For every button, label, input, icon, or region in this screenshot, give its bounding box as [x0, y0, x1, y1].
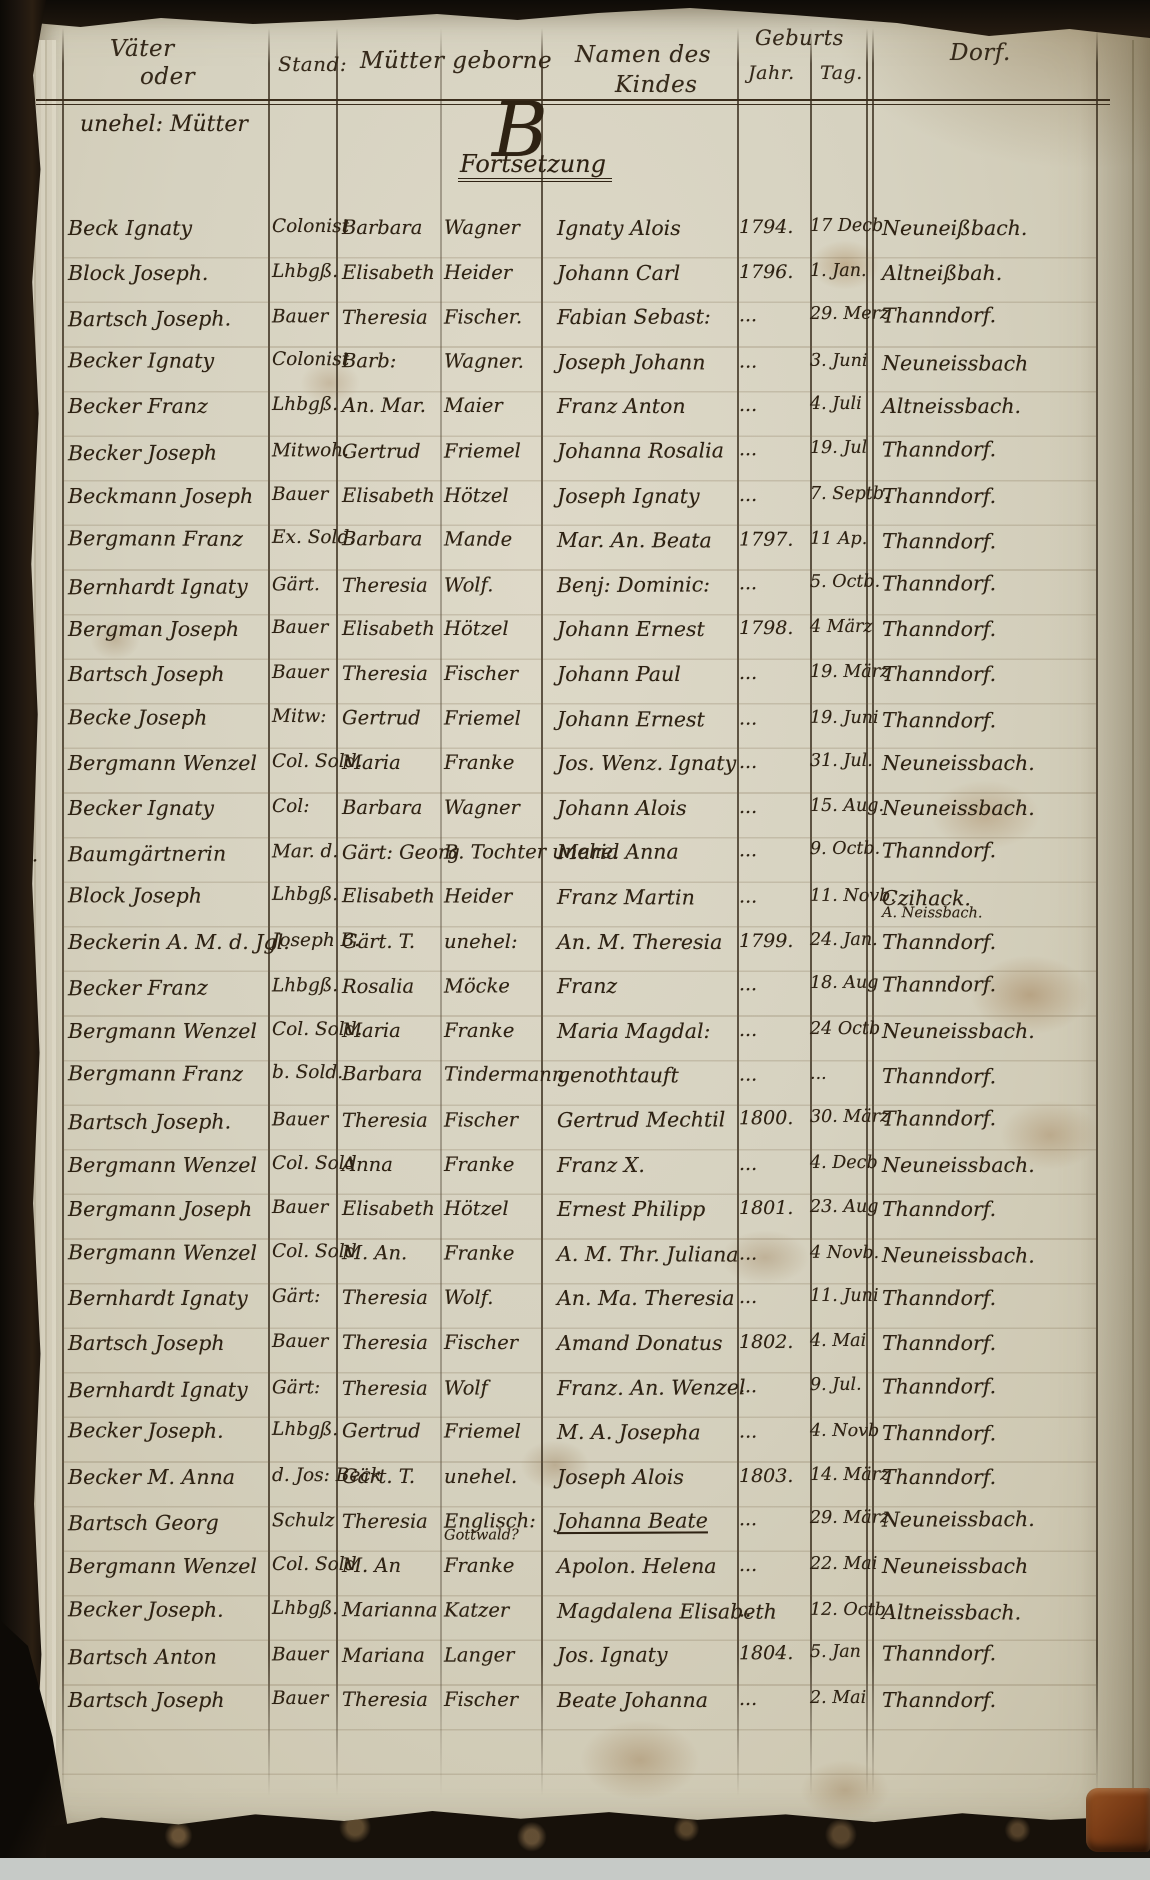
- mother-given-name: Elisabeth: [336, 619, 440, 639]
- birth-day: 19. März: [810, 664, 866, 682]
- column-header-father: Väter: [110, 36, 175, 62]
- mother-maiden-name-text: Franke: [444, 1019, 514, 1042]
- child-name: Joseph Johann: [541, 352, 737, 374]
- father-occupation: Bauer: [268, 1646, 336, 1665]
- village-text: Altneißbah.: [882, 261, 1002, 285]
- father-occupation: Col. Sold.: [268, 1021, 336, 1040]
- table-row: Bergmann Franz b. Sold. Barbara Tinderma…: [62, 1064, 1096, 1112]
- mother-given-name: Gärt. T.: [336, 1467, 440, 1487]
- village-text: Neuneissbach: [882, 351, 1028, 376]
- child-name: Ernest Philipp: [541, 1199, 737, 1220]
- village: Thanndorf.: [866, 531, 1096, 553]
- mother-given-name: Gärt: Georg: [336, 843, 440, 863]
- mother-maiden-name: Fischer: [440, 1110, 541, 1130]
- table-row: Block Joseph Lhbgß. Elisabeth Heider Fra…: [62, 885, 1096, 933]
- birth-day: 4 Novb.: [810, 1245, 866, 1263]
- father-occupation: Lhbgß.: [268, 1421, 336, 1440]
- mother-given-name: Rosalia: [336, 977, 440, 997]
- father-name: Becker Ignaty: [62, 350, 268, 372]
- father-name: Beckmann Joseph: [62, 486, 268, 507]
- column-header-day: Tag.: [820, 62, 863, 84]
- village: Thanndorf.: [866, 619, 1096, 640]
- table-row: Bergmann Wenzel Col. Sold M. An Franke A…: [62, 1556, 1096, 1600]
- mother-maiden-name-text: Wagner: [444, 796, 520, 819]
- father-name: Block Joseph.: [62, 263, 268, 284]
- village: Altneissbach.: [866, 396, 1096, 417]
- table-row: Bartsch Joseph. Bauer Theresia Fischer. …: [62, 305, 1096, 354]
- child-name: A. M. Thr. Juliana: [541, 1244, 737, 1266]
- mother-maiden-name-text: Wagner.: [444, 349, 524, 372]
- mother-maiden-name-text: Heider: [444, 261, 512, 284]
- child-name: Amand Donatus: [541, 1333, 737, 1354]
- village-text: Thanndorf.: [882, 1064, 996, 1088]
- father-name: Bergmann Wenzel: [62, 753, 268, 774]
- mother-maiden-name: Wolf.: [440, 1288, 541, 1308]
- mother-maiden-name-text: Fischer: [444, 1108, 518, 1131]
- birth-year: ...: [737, 709, 810, 729]
- mother-given-name: Theresia: [336, 1690, 440, 1710]
- father-occupation: Col. Sold: [268, 1243, 336, 1262]
- mother-maiden-name: Fischer.: [440, 307, 541, 327]
- village: Thanndorf.: [866, 1643, 1096, 1665]
- mother-given-name: M. An: [336, 1556, 440, 1576]
- table-row: Bergmann Joseph Bauer Elisabeth Hötzel E…: [62, 1199, 1096, 1243]
- village-text: Neuneissbach.: [882, 796, 1035, 820]
- mother-given-name: Elisabeth: [336, 263, 440, 283]
- village-text: Neuneissbach.: [882, 1507, 1035, 1532]
- mother-maiden-name: unehel.: [440, 1467, 541, 1487]
- child-name: M. A. Josepha: [541, 1422, 737, 1444]
- child-name: Gertrud Mechtil: [541, 1109, 737, 1131]
- village: Neuneissbach.: [866, 1155, 1096, 1176]
- table-row: Becker Joseph Mitwoh. Gertrud Friemel Jo…: [62, 439, 1096, 488]
- village: Neuneissbach: [866, 1556, 1096, 1577]
- father-occupation: Col. Sold: [268, 1155, 336, 1174]
- father-name: Becker M. Anna: [62, 1467, 268, 1488]
- mother-given-name: Elisabeth: [336, 886, 440, 906]
- village: Thanndorf.: [866, 840, 1096, 862]
- table-row: Bartsch Joseph Bauer Theresia Fischer Am…: [62, 1333, 1096, 1377]
- village: Thanndorf.: [866, 974, 1096, 996]
- mother-maiden-name-text: Friemel: [444, 706, 521, 729]
- village: Thanndorf.: [866, 932, 1096, 953]
- child-name: Johann Ernest: [541, 619, 737, 640]
- mother-given-name: Theresia: [336, 575, 440, 595]
- child-name: Jos. Ignaty: [541, 1644, 737, 1666]
- village: Thanndorf.: [866, 305, 1096, 327]
- village: Thanndorf.: [866, 573, 1096, 595]
- mother-maiden-name: Fischer: [440, 1333, 541, 1353]
- mother-given-name: Elisabeth: [336, 1199, 440, 1219]
- table-row: Bergmann Wenzel Col. Sold M. An. Franke …: [62, 1242, 1096, 1290]
- column-header-village: Dorf.: [950, 40, 1011, 66]
- birth-year: 1798.: [737, 619, 810, 638]
- birth-year: 1797.: [737, 531, 810, 551]
- column-header-child2: Kindes: [615, 72, 698, 98]
- mother-maiden-name-text: Fischer.: [444, 305, 522, 328]
- father-occupation: Lhbgß.: [268, 263, 336, 282]
- village-text: Thanndorf.: [882, 972, 996, 996]
- birth-day: 11 Ap.: [810, 531, 866, 549]
- mother-given-name: Gertrud: [336, 708, 440, 728]
- birth-day: 24. Jan.: [810, 932, 866, 950]
- father-name: Bartsch Joseph.: [62, 309, 268, 331]
- child-name: Johann Paul: [541, 664, 737, 685]
- mother-maiden-name-text: Friemel: [444, 1420, 521, 1443]
- father-occupation: Gärt:: [268, 1379, 336, 1398]
- birth-year: 1801.: [737, 1199, 810, 1218]
- mother-maiden-name-text: Franke: [444, 751, 514, 774]
- mother-maiden-name-text: Wolf: [444, 1376, 488, 1399]
- father-occupation: Col. Sold.: [268, 753, 336, 772]
- mother-given-name: Barbara: [336, 798, 440, 818]
- mother-maiden-name: B. Tochter unehel: [440, 843, 541, 863]
- child-name: Joseph Alois: [541, 1467, 737, 1488]
- mother-maiden-name: Hötzel: [440, 1199, 541, 1219]
- birth-year: 1803.: [737, 1467, 810, 1486]
- birth-year: 1802.: [737, 1333, 810, 1352]
- village: Thanndorf.: [866, 1467, 1096, 1488]
- birth-year: ...: [737, 306, 810, 326]
- father-name: Beck Ignaty: [62, 218, 268, 239]
- village-text: Thanndorf.: [882, 1688, 996, 1712]
- birth-day: 5. Octb.: [810, 574, 866, 592]
- table-row: Bergmann Wenzel Col. Sold. Maria Franke …: [62, 1021, 1096, 1065]
- father-name: Bartsch Joseph.: [62, 1111, 268, 1133]
- birth-day: ...: [810, 1066, 866, 1084]
- mother-maiden-name: Franke: [440, 1556, 541, 1576]
- birth-day: 4. Mai: [810, 1333, 866, 1351]
- mother-maiden-name-text: unehel.: [444, 1465, 517, 1488]
- table-row: Bartsch Anton Bauer Mariana Langer Jos. …: [62, 1643, 1096, 1692]
- page-fold-line: [1132, 40, 1134, 1800]
- mother-maiden-name: Wolf: [440, 1378, 541, 1398]
- mother-given-name: Theresia: [336, 1378, 440, 1398]
- mother-maiden-name-text: unehel:: [444, 930, 518, 953]
- village: Thanndorf.: [866, 1288, 1096, 1309]
- village-text: Thanndorf.: [882, 1106, 996, 1130]
- birth-day: 1. Jan.: [810, 263, 866, 281]
- village: Altneißbah.: [866, 263, 1096, 284]
- mother-maiden-name: Katzer: [440, 1600, 541, 1620]
- birth-day: 24 Octb: [810, 1021, 866, 1039]
- village-text: Neuneißbach.: [882, 216, 1027, 240]
- mother-maiden-name: Hötzel: [440, 486, 541, 506]
- table-row: Becker Ignaty Col: Barbara Wagner Johann…: [62, 798, 1096, 842]
- birth-day: 4. Novb: [810, 1423, 866, 1441]
- child-name: Maria Magdal:: [541, 1021, 737, 1042]
- birth-year: ...: [737, 1066, 810, 1086]
- birth-year: ...: [737, 798, 810, 817]
- father-occupation: Joseph B.: [268, 932, 336, 951]
- village: Thanndorf.: [866, 1690, 1096, 1711]
- table-row: Bartsch Georg Schulz Theresia Englisch:G…: [62, 1509, 1096, 1558]
- scanner-background: [0, 1858, 1150, 1880]
- mother-given-name: Elisabeth: [336, 486, 440, 506]
- child-name: Jos. Wenz. Ignaty: [541, 753, 737, 774]
- village-text: Thanndorf.: [882, 1286, 996, 1310]
- table-row: Bergman Joseph Bauer Elisabeth Hötzel Jo…: [62, 619, 1096, 663]
- father-name: Becker Franz: [62, 396, 268, 417]
- birth-year: ...: [737, 1690, 810, 1709]
- village-text: Thanndorf.: [882, 1641, 996, 1665]
- child-name: Johann Carl: [541, 263, 737, 284]
- birth-day: 19. Jul: [810, 440, 866, 458]
- village: Thanndorf.: [866, 1333, 1096, 1354]
- father-name: Becker Joseph: [62, 442, 268, 464]
- father-name: Bergmann Franz: [62, 1064, 268, 1086]
- father-occupation: Bauer: [268, 619, 336, 638]
- village-text: Thanndorf.: [882, 1465, 996, 1489]
- father-occupation: Lhbgß.: [268, 396, 336, 415]
- village: Neuneissbach: [866, 353, 1096, 375]
- village: Czihack.A. Neissbach.: [866, 888, 1096, 921]
- mother-maiden-name-text: Fischer: [444, 662, 518, 685]
- birth-year: ...: [737, 1288, 810, 1307]
- father-name: Becker Franz: [62, 978, 268, 1000]
- father-occupation: Colonist: [268, 351, 336, 370]
- grid-line: [1096, 28, 1098, 1796]
- village-text: Thanndorf.: [882, 437, 996, 461]
- column-header-father2: oder: [140, 64, 195, 90]
- mother-maiden-name: Mande: [440, 530, 541, 550]
- child-name: Apolon. Helena: [541, 1556, 737, 1577]
- village-text: Thanndorf.: [882, 1197, 996, 1221]
- birth-day: 2. Mai: [810, 1690, 866, 1708]
- village-text: Thanndorf.: [882, 839, 996, 863]
- mother-maiden-name: Friemel: [440, 441, 541, 461]
- mother-maiden-name: Franke: [440, 1021, 541, 1041]
- birth-year: 1794.: [737, 218, 810, 237]
- mother-maiden-name-text: Franke: [444, 1153, 514, 1176]
- mother-maiden-name: Fischer: [440, 664, 541, 684]
- birth-year: ...: [737, 753, 810, 772]
- child-name: Fabian Sebast:: [541, 306, 737, 328]
- mother-maiden-name: Möcke: [440, 976, 541, 996]
- mother-maiden-name: Wagner: [440, 218, 541, 238]
- father-occupation: Bauer: [268, 1111, 336, 1130]
- father-name: Bergmann Wenzel: [62, 1556, 268, 1577]
- table-row: Bartsch Joseph Bauer Theresia Fischer Jo…: [62, 664, 1096, 708]
- mother-maiden-name: Englisch:Gottwald?: [440, 1512, 541, 1544]
- child-name: An. Ma. Theresia: [541, 1288, 737, 1309]
- village-text: Neuneissbach.: [882, 751, 1035, 775]
- child-name: Benj: Dominic:: [541, 574, 737, 596]
- village: Neuneissbach.: [866, 1509, 1096, 1531]
- mother-given-name: Barbara: [336, 218, 440, 238]
- birth-year: ...: [737, 440, 810, 460]
- father-name: Block Joseph: [62, 885, 268, 907]
- father-occupation: b. Sold.: [268, 1064, 336, 1083]
- birth-day: 30. März: [810, 1109, 866, 1127]
- father-name: Becke Joseph: [62, 707, 268, 729]
- father-occupation: Bauer: [268, 1199, 336, 1218]
- village: Neuneissbach.: [866, 1245, 1096, 1267]
- village: Neuneissbach.: [866, 1021, 1096, 1042]
- father-occupation: Lhbgß.: [268, 977, 336, 996]
- table-row: z. Baumgärtnerin Mar. d. Gärt: Georg B. …: [62, 840, 1096, 889]
- mother-given-name: Theresia: [336, 1288, 440, 1308]
- column-header-birth: Geburts: [755, 26, 844, 50]
- father-occupation: Lhbgß.: [268, 1600, 336, 1619]
- village: Thanndorf.: [866, 439, 1096, 461]
- column-header-stand: Stand:: [278, 52, 347, 76]
- mother-maiden-name: Heider: [440, 263, 541, 283]
- village-text: Thanndorf.: [882, 662, 996, 686]
- village-text: Thanndorf.: [882, 1374, 996, 1398]
- birth-day: 14. März: [810, 1467, 866, 1485]
- birth-day: 4. Juli: [810, 396, 866, 414]
- mother-maiden-name-text: Franke: [444, 1241, 514, 1264]
- column-header-mother: Mütter geborne: [360, 48, 552, 74]
- mother-given-name: Gertrud: [336, 442, 440, 462]
- mother-maiden-name: Hötzel: [440, 619, 541, 639]
- father-name: Bernhardt Ignaty: [62, 576, 268, 598]
- birth-day: 31. Jul.: [810, 753, 866, 771]
- mother-maiden-name: Friemel: [440, 708, 541, 728]
- mother-maiden-name: Franke: [440, 1155, 541, 1175]
- child-name: Johann Alois: [541, 798, 737, 819]
- birth-day: 23. Aug: [810, 1199, 866, 1217]
- mother-maiden-name: Friemel: [440, 1422, 541, 1442]
- header-rule: [36, 104, 1110, 105]
- village: Thanndorf.: [866, 1375, 1096, 1397]
- birth-year: ...: [737, 664, 810, 683]
- mother-maiden-name: Tindermann: [440, 1065, 541, 1085]
- child-name: Franz. An. Wenzel: [541, 1377, 737, 1399]
- register-rows: Beck Ignaty Colonist Barbara Wagner Igna…: [62, 218, 1096, 1778]
- village-text: Thanndorf.: [882, 1331, 996, 1355]
- village-text: Thanndorf.: [882, 484, 996, 508]
- table-row: Bartsch Joseph Bauer Theresia Fischer Be…: [62, 1690, 1096, 1734]
- mother-maiden-name-text: Franke: [444, 1554, 514, 1577]
- father-name: Beckerin A. M. d. Jgl.: [62, 932, 268, 953]
- birth-day: 29. Merz: [810, 306, 866, 324]
- table-row: Bartsch Joseph. Bauer Theresia Fischer G…: [62, 1108, 1096, 1157]
- child-name: Franz Anton: [541, 396, 737, 417]
- mother-maiden-name: unehel:: [440, 932, 541, 952]
- birth-year: ...: [737, 1021, 810, 1040]
- table-row: Becker Joseph. Lhbgß. Gertrud Friemel M.…: [62, 1420, 1096, 1468]
- child-name: Johanna Beate: [541, 1511, 737, 1533]
- mother-maiden-name-text: Heider: [444, 885, 512, 908]
- father-occupation: Bauer: [268, 664, 336, 683]
- mother-given-name: M. An.: [336, 1243, 440, 1263]
- child-name: Ignaty Alois: [541, 218, 737, 239]
- mother-given-name: Maria: [336, 1021, 440, 1041]
- birth-year: ...: [737, 352, 810, 372]
- child-name: Franz: [541, 975, 737, 997]
- table-row: s Beckerin A. M. d. Jgl. Joseph B. Gärt.…: [62, 932, 1096, 976]
- village: Thanndorf.: [866, 486, 1096, 507]
- birth-day: 9. Octb.: [810, 841, 866, 859]
- birth-year: ...: [737, 574, 810, 594]
- birth-year: ...: [737, 841, 810, 861]
- father-occupation: Gärt.: [268, 576, 336, 595]
- father-name: Baumgärtnerin: [62, 844, 268, 866]
- mother-maiden-name-text: Hötzel: [444, 484, 509, 507]
- village-text: Neuneissbach.: [882, 1153, 1035, 1177]
- father-occupation: Mar. d.: [268, 843, 336, 862]
- birth-day: 29. März: [810, 1510, 866, 1528]
- mother-maiden-name: Fischer: [440, 1690, 541, 1710]
- village-text: Altneissbach.: [882, 1600, 1021, 1624]
- mother-maiden-name: Franke: [440, 1243, 541, 1263]
- mother-given-name: Barbara: [336, 1065, 440, 1085]
- mother-maiden-name: Wagner: [440, 798, 541, 818]
- father-occupation: d. Jos: Beck: [268, 1467, 336, 1486]
- village: Thanndorf.: [866, 710, 1096, 732]
- table-row: Bernhardt Ignaty Gärt: Theresia Wolf. An…: [62, 1288, 1096, 1332]
- birth-year: ...: [737, 486, 810, 505]
- father-occupation: Bauer: [268, 1690, 336, 1709]
- village: Altneissbach.: [866, 1602, 1096, 1624]
- birth-year: ...: [737, 1510, 810, 1530]
- birth-day: 15. Aug.: [810, 798, 866, 816]
- mother-maiden-name-text: Hötzel: [444, 1197, 509, 1220]
- birth-year: ..: [737, 1601, 810, 1621]
- table-row: Becker M. Anna d. Jos: Beck Gärt. T. une…: [62, 1467, 1096, 1511]
- table-row: Beckmann Joseph Bauer Elisabeth Hötzel J…: [62, 486, 1096, 530]
- child-name: genothtauft: [541, 1065, 737, 1087]
- birth-day: 5. Jan: [810, 1644, 866, 1662]
- birth-day: 17 Decb: [810, 218, 866, 236]
- birth-day: 4. Decb: [810, 1155, 866, 1173]
- father-name: Becker Joseph.: [62, 1599, 268, 1621]
- mother-given-name: Mariana: [336, 1646, 440, 1666]
- mother-maiden-name: Maier: [440, 396, 541, 416]
- village-text: Thanndorf.: [882, 617, 996, 641]
- mother-given-name: Theresia: [336, 1333, 440, 1353]
- table-row: Becker Ignaty Colonist Barb: Wagner. Jos…: [62, 350, 1096, 398]
- birth-year: ...: [737, 888, 810, 908]
- father-occupation: Lhbgß.: [268, 886, 336, 905]
- village-text: Neuneissbach.: [882, 1019, 1035, 1043]
- father-occupation: Gärt:: [268, 1288, 336, 1307]
- birth-year: ...: [737, 1155, 810, 1174]
- mother-maiden-name: Heider: [440, 887, 541, 907]
- mother-given-name: Barbara: [336, 529, 440, 549]
- mother-maiden-name-text: Maier: [444, 394, 503, 417]
- mother-maiden-name-text: Hötzel: [444, 617, 509, 640]
- leather-cover-corner: [1086, 1788, 1150, 1852]
- mother-given-name: Theresia: [336, 664, 440, 684]
- birth-day: 11. Novb.: [810, 888, 866, 906]
- birth-day: 12. Octb: [810, 1601, 866, 1619]
- mother-maiden-name: Franke: [440, 753, 541, 773]
- father-name: Becker Joseph.: [62, 1420, 268, 1442]
- birth-day: 4 März: [810, 619, 866, 637]
- scanned-register-page: Väter oder Stand: Mütter geborne Namen d…: [0, 0, 1150, 1880]
- subheader-note: unehel: Mütter: [80, 112, 248, 137]
- mother-given-name: Anna: [336, 1155, 440, 1175]
- mother-maiden-name: Wagner.: [440, 351, 541, 371]
- mother-maiden-name-text: Wolf.: [444, 1286, 493, 1309]
- village-text: Thanndorf.: [882, 930, 996, 954]
- mother-given-name: Maria: [336, 753, 440, 773]
- birth-year: ...: [737, 1244, 810, 1264]
- birth-year: 1799.: [737, 932, 810, 951]
- village: Thanndorf.: [866, 1066, 1096, 1088]
- father-name: Bartsch Joseph: [62, 1333, 268, 1354]
- birth-year: ...: [737, 396, 810, 415]
- village-text: Altneissbach.: [882, 394, 1021, 418]
- father-occupation: Bauer: [268, 486, 336, 505]
- father-name: Bartsch Joseph: [62, 1690, 268, 1711]
- child-name: Mar. An. Beata: [541, 530, 737, 552]
- table-row: Block Joseph. Lhbgß. Elisabeth Heider Jo…: [62, 263, 1096, 307]
- child-name: Beate Johanna: [541, 1690, 737, 1711]
